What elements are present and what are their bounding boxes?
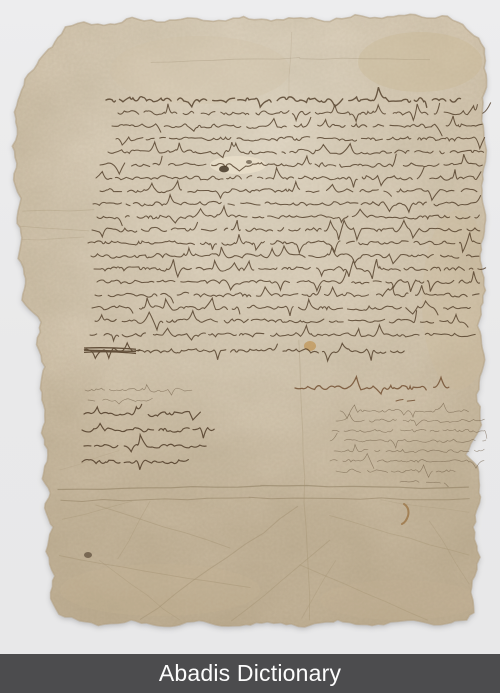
parchment-sheet bbox=[0, 0, 500, 654]
manuscript-photo bbox=[0, 0, 500, 654]
manuscript-image bbox=[0, 0, 500, 654]
caption-bar: Abadis Dictionary bbox=[0, 654, 500, 693]
screenshot-root: Abadis Dictionary bbox=[0, 0, 500, 693]
caption-text: Abadis Dictionary bbox=[159, 662, 341, 685]
